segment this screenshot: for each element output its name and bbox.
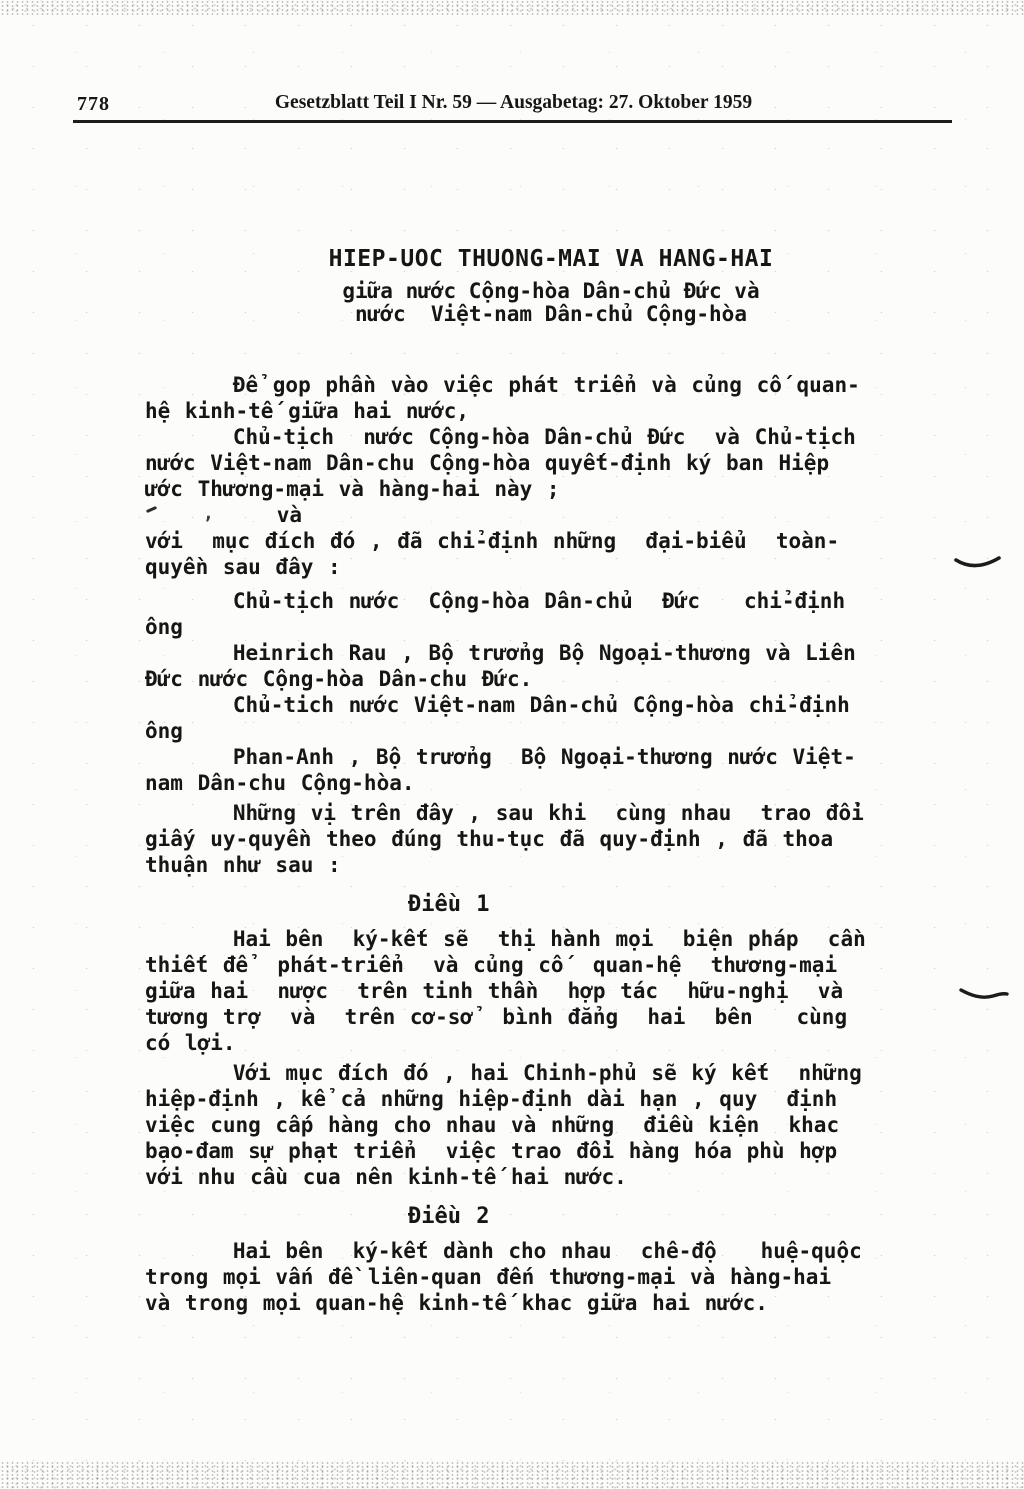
article-2-paragraph-1: Hai bên ký-kết dành cho nhau chê-độ huệ-… xyxy=(145,1238,910,1316)
text-line: hệ kinh-tế giữa hai nước, xyxy=(145,398,910,424)
stray-ink-comma-mark: , xyxy=(203,503,214,524)
text-line: với mục đích đó , đã chỉ-định những đại-… xyxy=(145,528,910,554)
handwritten-pen-stroke-lower xyxy=(957,981,1011,1009)
treaty-body: Để gop phần vào việc phát triển và củng … xyxy=(145,372,910,1316)
text-line: Chủ-tịch nước Cộng-hòa Dân-chủ Đức và Ch… xyxy=(145,424,910,450)
text-line: giữa hai nược trên tinh thần hợp tác hữu… xyxy=(145,978,910,1004)
text-line: Đức nước Cộng-hòa Dân-chu Đức. xyxy=(145,666,910,692)
masthead-title: Gesetzblatt Teil I Nr. 59 — Ausgabetag: … xyxy=(75,92,952,114)
text-line: Với mục đích đó , hai Chinh-phủ sẽ ký kế… xyxy=(145,1060,910,1086)
text-line: trong mọi vấn đề liên-quan đến thương-mạ… xyxy=(145,1264,910,1290)
bottom-edge-scan-noise xyxy=(0,1461,1024,1489)
masthead: 778 Gesetzblatt Teil I Nr. 59 — Ausgabet… xyxy=(75,92,952,116)
text-line: có lợi. xyxy=(145,1030,910,1056)
article-1-heading: Điều 1 xyxy=(145,892,910,918)
paragraph-gdr-appoint: Chủ-tịch nước Cộng-hòa Dân-chủ Đức chỉ-đ… xyxy=(145,588,910,640)
scanned-gazette-page: 778 Gesetzblatt Teil I Nr. 59 — Ausgabet… xyxy=(0,0,1024,1489)
text-line: thuận như sau : xyxy=(145,852,910,878)
text-line: ước Thương-mại và hàng-hai này ; xyxy=(145,476,910,502)
treaty-heading-group: HIEP-UOC THUONG-MAI VA HANG-HAI giữa nướ… xyxy=(145,244,893,326)
paragraph-agreement: Những vị trên đây , sau khi cùng nhau tr… xyxy=(145,800,910,878)
paragraph-va: và xyxy=(145,502,910,528)
page-number: 778 xyxy=(77,93,110,116)
text-line: tương trợ và trên cơ-sở bình đẳng hai bê… xyxy=(145,1004,910,1030)
paragraph-decision: Chủ-tịch nước Cộng-hòa Dân-chủ Đức và Ch… xyxy=(145,424,910,502)
text-line: nam Dân-chu Cộng-hòa. xyxy=(145,770,910,796)
text-line: nước Việt-nam Dân-chu Cộng-hòa quyết-địn… xyxy=(145,450,910,476)
treaty-subtitle-line: nước Việt-nam Dân-chủ Cộng-hòa xyxy=(209,303,893,326)
masthead-rule xyxy=(73,120,952,123)
text-line: với nhu cầu cua nên kinh-tế hai nước. xyxy=(145,1164,910,1190)
paragraph-drv-appoint: Chủ-tich nước Việt-nam Dân-chủ Cộng-hòa … xyxy=(145,692,910,744)
text-line: quyền sau đây : xyxy=(145,554,910,580)
text-line: Để gop phần vào việc phát triển và củng … xyxy=(145,372,910,398)
text-line: Phan-Anh , Bộ trưởng Bộ Ngoại-thương nướ… xyxy=(145,744,910,770)
treaty-subtitle-line: giữa nước Cộng-hòa Dân-chủ Đức và xyxy=(209,280,893,303)
paragraph-intro: Để gop phần vào việc phát triển và củng … xyxy=(145,372,910,424)
text-line: Chủ-tich nước Việt-nam Dân-chủ Cộng-hòa … xyxy=(145,692,910,718)
article-1-paragraph-1: Hai bên ký-kết sẽ thị hành mọi biện pháp… xyxy=(145,926,910,1056)
text-line: Hai bên ký-kết dành cho nhau chê-độ huệ-… xyxy=(145,1238,910,1264)
text-line: Chủ-tịch nước Cộng-hòa Dân-chủ Đức chỉ-đ… xyxy=(145,588,910,614)
handwritten-pen-stroke-upper xyxy=(951,551,1003,579)
text-line: Những vị trên đây , sau khi cùng nhau tr… xyxy=(145,800,910,826)
text-line: Hai bên ký-kết sẽ thị hành mọi biện pháp… xyxy=(145,926,910,952)
text-line: hiệp-định , kể cả những hiệp-định dài hạ… xyxy=(145,1086,910,1112)
paragraph-gdr-delegate: Heinrich Rau , Bộ trưởng Bộ Ngoại-thương… xyxy=(145,640,910,692)
text-line: và xyxy=(145,502,910,528)
text-line: và trong mọi quan-hệ kinh-tế khac giữa h… xyxy=(145,1290,910,1316)
paragraph-drv-delegate: Phan-Anh , Bộ trưởng Bộ Ngoại-thương nướ… xyxy=(145,744,910,796)
text-line: Heinrich Rau , Bộ trưởng Bộ Ngoại-thương… xyxy=(145,640,910,666)
top-edge-scan-noise xyxy=(0,0,1024,15)
paragraph-purpose: với mục đích đó , đã chỉ-định những đại-… xyxy=(145,528,910,580)
text-line: việc cung cấp hàng cho nhau và những điề… xyxy=(145,1112,910,1138)
treaty-title: HIEP-UOC THUONG-MAI VA HANG-HAI xyxy=(209,244,893,274)
article-1-paragraph-2: Với mục đích đó , hai Chinh-phủ sẽ ký kế… xyxy=(145,1060,910,1190)
text-line: thiết để phát-triển và củng cố quan-hệ t… xyxy=(145,952,910,978)
text-line: ông xyxy=(145,718,910,744)
text-line: giấy uy-quyền theo đúng thu-tục đã quy-đ… xyxy=(145,826,910,852)
article-2-heading: Điều 2 xyxy=(145,1204,910,1230)
text-line: bạo-đam sự phạt triển việc trao đổi hàng… xyxy=(145,1138,910,1164)
text-line: ông xyxy=(145,614,910,640)
